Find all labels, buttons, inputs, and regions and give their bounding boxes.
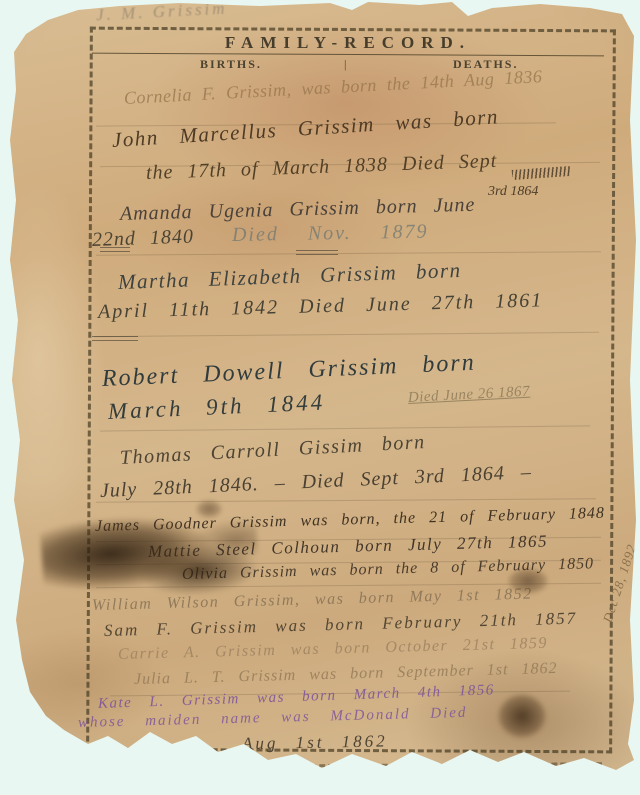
entry-line-amanda-death: Died Nov. 1879	[232, 221, 429, 247]
printed-chain-border-bottom-second	[96, 762, 602, 769]
entry-line-john-death-date: 3rd 1864	[488, 184, 538, 200]
pencil-inscription: J. M. Grissim	[96, 0, 228, 25]
ink-smudge	[196, 500, 222, 518]
births-column-header: BIRTHS.	[200, 57, 262, 72]
entry-line-kate-death-date: Aug 1st 1862	[242, 731, 388, 754]
flourish-mark	[92, 336, 138, 341]
ink-smudge	[498, 694, 546, 738]
aged-paper-page: J. M. Grissim FAMILY-RECORD. BIRTHS. | D…	[0, 0, 640, 795]
ink-smudge	[508, 568, 548, 594]
page-title: FAMILY-RECORD.	[88, 33, 608, 53]
flourish-mark	[296, 250, 338, 255]
entry-line-amanda-birth-date: 22nd 1840	[92, 225, 195, 252]
ink-blot	[39, 499, 261, 614]
column-divider-mark: |	[344, 57, 348, 72]
